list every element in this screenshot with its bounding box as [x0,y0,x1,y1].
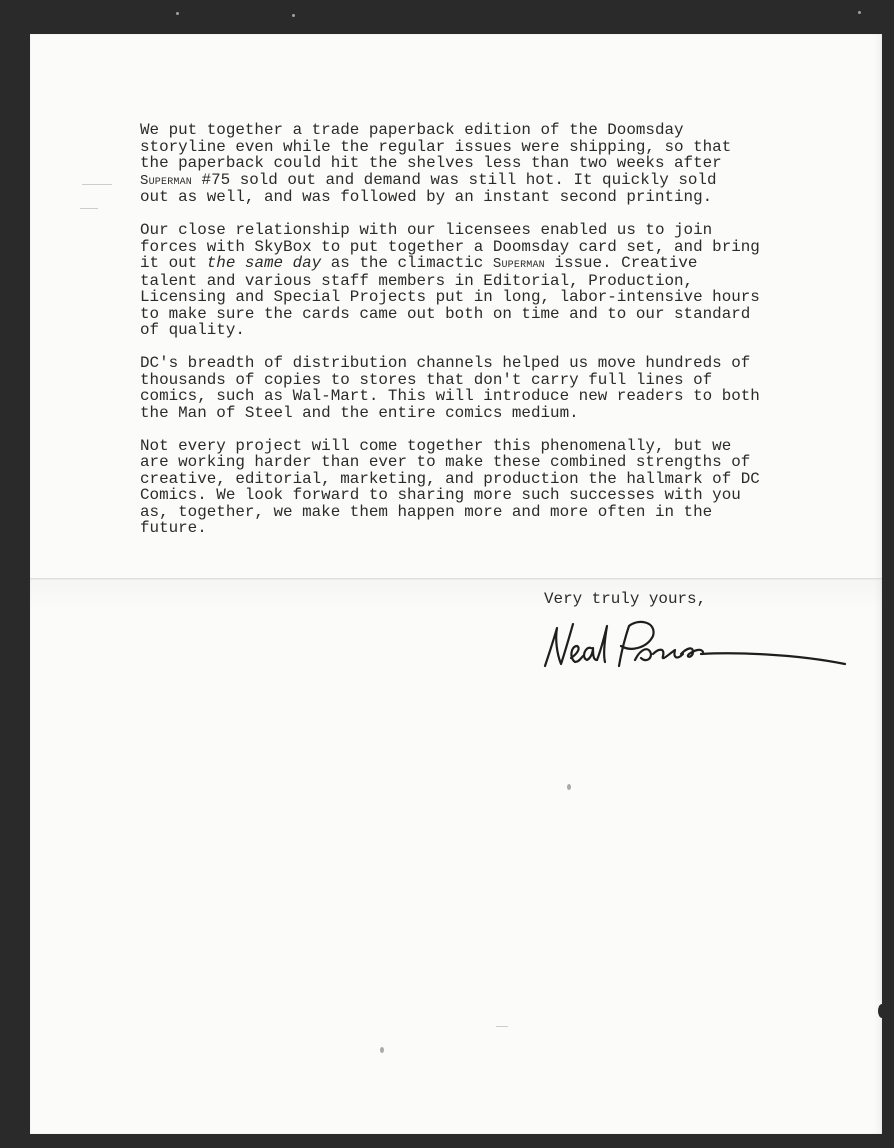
scan-speck [858,11,861,14]
paragraph-text: DC's breadth of distribution channels he… [140,354,760,422]
margin-mark [496,1026,508,1027]
paragraph-text: #75 sold out and demand was still hot. I… [140,171,717,207]
margin-mark [80,208,98,209]
letter-page: We put together a trade paperback editio… [30,34,882,1134]
scan-speck [176,12,179,15]
margin-mark [82,184,112,185]
title-reference: Superman [493,256,545,272]
paragraph-text: We put together a trade paperback editio… [140,121,731,172]
letter-paragraph: We put together a trade paperback editio… [140,122,820,206]
title-reference: Superman [140,173,192,189]
letter-paragraph: Not every project will come together thi… [140,438,820,537]
letter-paragraph: Our close relationship with our licensee… [140,222,820,339]
letter-paragraph: DC's breadth of distribution channels he… [140,355,820,421]
paper-edge-tear [878,1004,886,1018]
signature-image [535,614,855,674]
letter-body: We put together a trade paperback editio… [140,122,820,553]
paper-fold-shadow [30,580,882,610]
paragraph-text: Not every project will come together thi… [140,437,760,538]
emphasis-text: the same day [207,254,321,272]
stray-mark [567,784,571,790]
stray-mark [380,1047,384,1053]
scan-speck [292,14,295,17]
paragraph-text: as the climactic [321,254,493,272]
closing-salutation: Very truly yours, [544,591,706,608]
